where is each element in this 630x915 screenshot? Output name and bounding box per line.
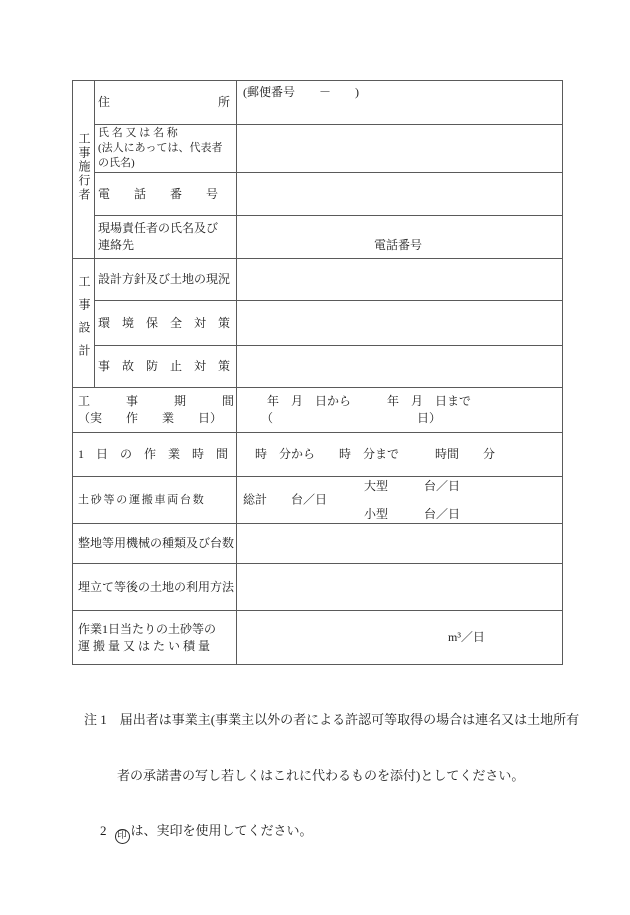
group-header-executor-text: 工事施行者 <box>75 132 92 202</box>
vehicles-label: 土 砂 等 の 運 搬 車 両 台 数 <box>73 477 237 524</box>
footnote-1-line2: 者の承諾書の写し若しくはこれに代わるものを添付)としてください。 <box>84 767 584 786</box>
accident-prevention-value-cell <box>237 346 563 388</box>
address-label: 住 所 <box>95 81 237 125</box>
footnote-2-text: は、実印を使用してください。 <box>131 823 313 838</box>
daily-hours-label: 1 日 の 作 業 時 間 <box>73 433 237 477</box>
environment-value-cell <box>237 301 563 346</box>
machinery-value-cell <box>237 524 563 564</box>
seal-mark: 印 <box>115 829 130 844</box>
phone-value-cell <box>237 173 563 216</box>
land-use-value-cell <box>237 564 563 611</box>
accident-prevention-label: 事 故 防 止 対 策 <box>95 346 237 388</box>
vehicles-small-caption: 小型 台／日 <box>364 507 460 521</box>
vehicles-value-cell: 総計 台／日 大型 台／日 小型 台／日 <box>237 477 563 524</box>
work-period-label: 工 事 期 間 （実 作 業 日） <box>73 388 237 433</box>
group-header-executor: 工事施行者 <box>73 81 95 259</box>
group-header-design: 工事設計 <box>73 259 95 388</box>
document-sheet: 工事施行者 住 所 (郵便番号 － ) 氏 名 又 は 名 称 (法人にあっては… <box>0 0 630 915</box>
footnote-1-line1: 注 1 届出者は事業主(事業主以外の者による許認可等取得の場合は連名又は土地所有 <box>84 711 584 730</box>
name-label: 氏 名 又 は 名 称 (法人にあっては、代表者 の氏名) <box>95 125 237 173</box>
daily-volume-value-cell: m³／日 <box>237 611 563 665</box>
design-policy-label: 設計方針及び土地の現況 <box>95 259 237 301</box>
site-manager-value-cell: 電話番号 <box>237 216 563 259</box>
work-period-value-cell: 年 月 日から 年 月 日まで （ 日） <box>237 388 563 433</box>
design-policy-value-cell <box>237 259 563 301</box>
environment-label: 環 境 保 全 対 策 <box>95 301 237 346</box>
machinery-label: 整地等用機械の種類及び台数 <box>73 524 237 564</box>
construction-form-table: 工事施行者 住 所 (郵便番号 － ) 氏 名 又 は 名 称 (法人にあっては… <box>72 80 563 665</box>
site-manager-phone-caption: 電話番号 <box>374 237 422 254</box>
vehicles-size-captions: 大型 台／日 小型 台／日 <box>364 479 460 521</box>
name-value-cell <box>237 125 563 173</box>
footnote-2: 2印は、実印を使用してください。 <box>84 822 584 844</box>
address-value-cell: (郵便番号 － ) <box>237 81 563 125</box>
group-header-design-text: 工事設計 <box>75 275 92 367</box>
footnotes: 注 1 届出者は事業主(事業主以外の者による許認可等取得の場合は連名又は土地所有… <box>84 674 584 881</box>
phone-label: 電 話 番 号 <box>95 173 237 216</box>
daily-volume-label: 作業1日当たりの土砂等の 運 搬 量 又 は た い 積 量 <box>73 611 237 665</box>
footnote-2-number: 2 <box>100 823 107 838</box>
site-manager-label: 現場責任者の氏名及び 連絡先 <box>95 216 237 259</box>
land-use-label: 埋立て等後の土地の利用方法 <box>73 564 237 611</box>
vehicles-total-caption: 総計 台／日 <box>243 492 327 509</box>
daily-hours-value-cell: 時 分から 時 分まで 時間 分 <box>237 433 563 477</box>
vehicles-large-caption: 大型 台／日 <box>364 479 460 493</box>
